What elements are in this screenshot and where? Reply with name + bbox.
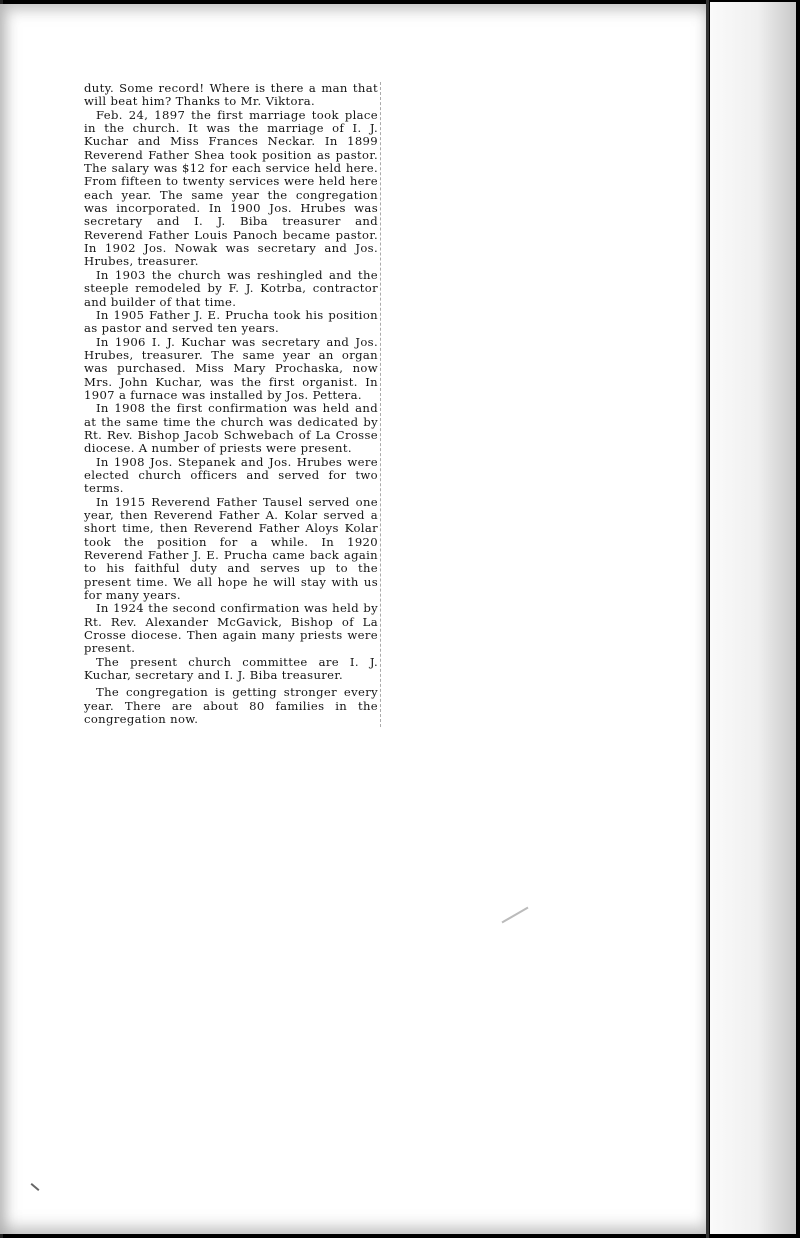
newspaper-article-column: duty. Some record! Where is there a man … bbox=[84, 82, 381, 727]
page-fold-line bbox=[706, 0, 709, 1238]
article-paragraph: In 1903 the church was reshingled and th… bbox=[84, 269, 378, 309]
article-paragraph: In 1908 the first confirmation was held … bbox=[84, 402, 378, 455]
article-paragraph: In 1915 Reverend Father Tausel served on… bbox=[84, 496, 378, 603]
article-paragraph: In 1905 Father J. E. Prucha took his pos… bbox=[84, 309, 378, 336]
article-paragraph: In 1906 I. J. Kuchar was secretary and J… bbox=[84, 336, 378, 403]
article-paragraph: In 1908 Jos. Stepanek and Jos. Hrubes we… bbox=[84, 456, 378, 496]
article-paragraph: Feb. 24, 1897 the first marriage took pl… bbox=[84, 109, 378, 269]
article-paragraph: The congregation is getting stronger eve… bbox=[84, 686, 378, 726]
article-paragraph: In 1924 the second confirmation was held… bbox=[84, 602, 378, 655]
article-paragraph: duty. Some record! Where is there a man … bbox=[84, 82, 378, 109]
article-paragraph: The present church committee are I. J. K… bbox=[84, 656, 378, 683]
adjacent-page-margin bbox=[710, 2, 796, 1234]
